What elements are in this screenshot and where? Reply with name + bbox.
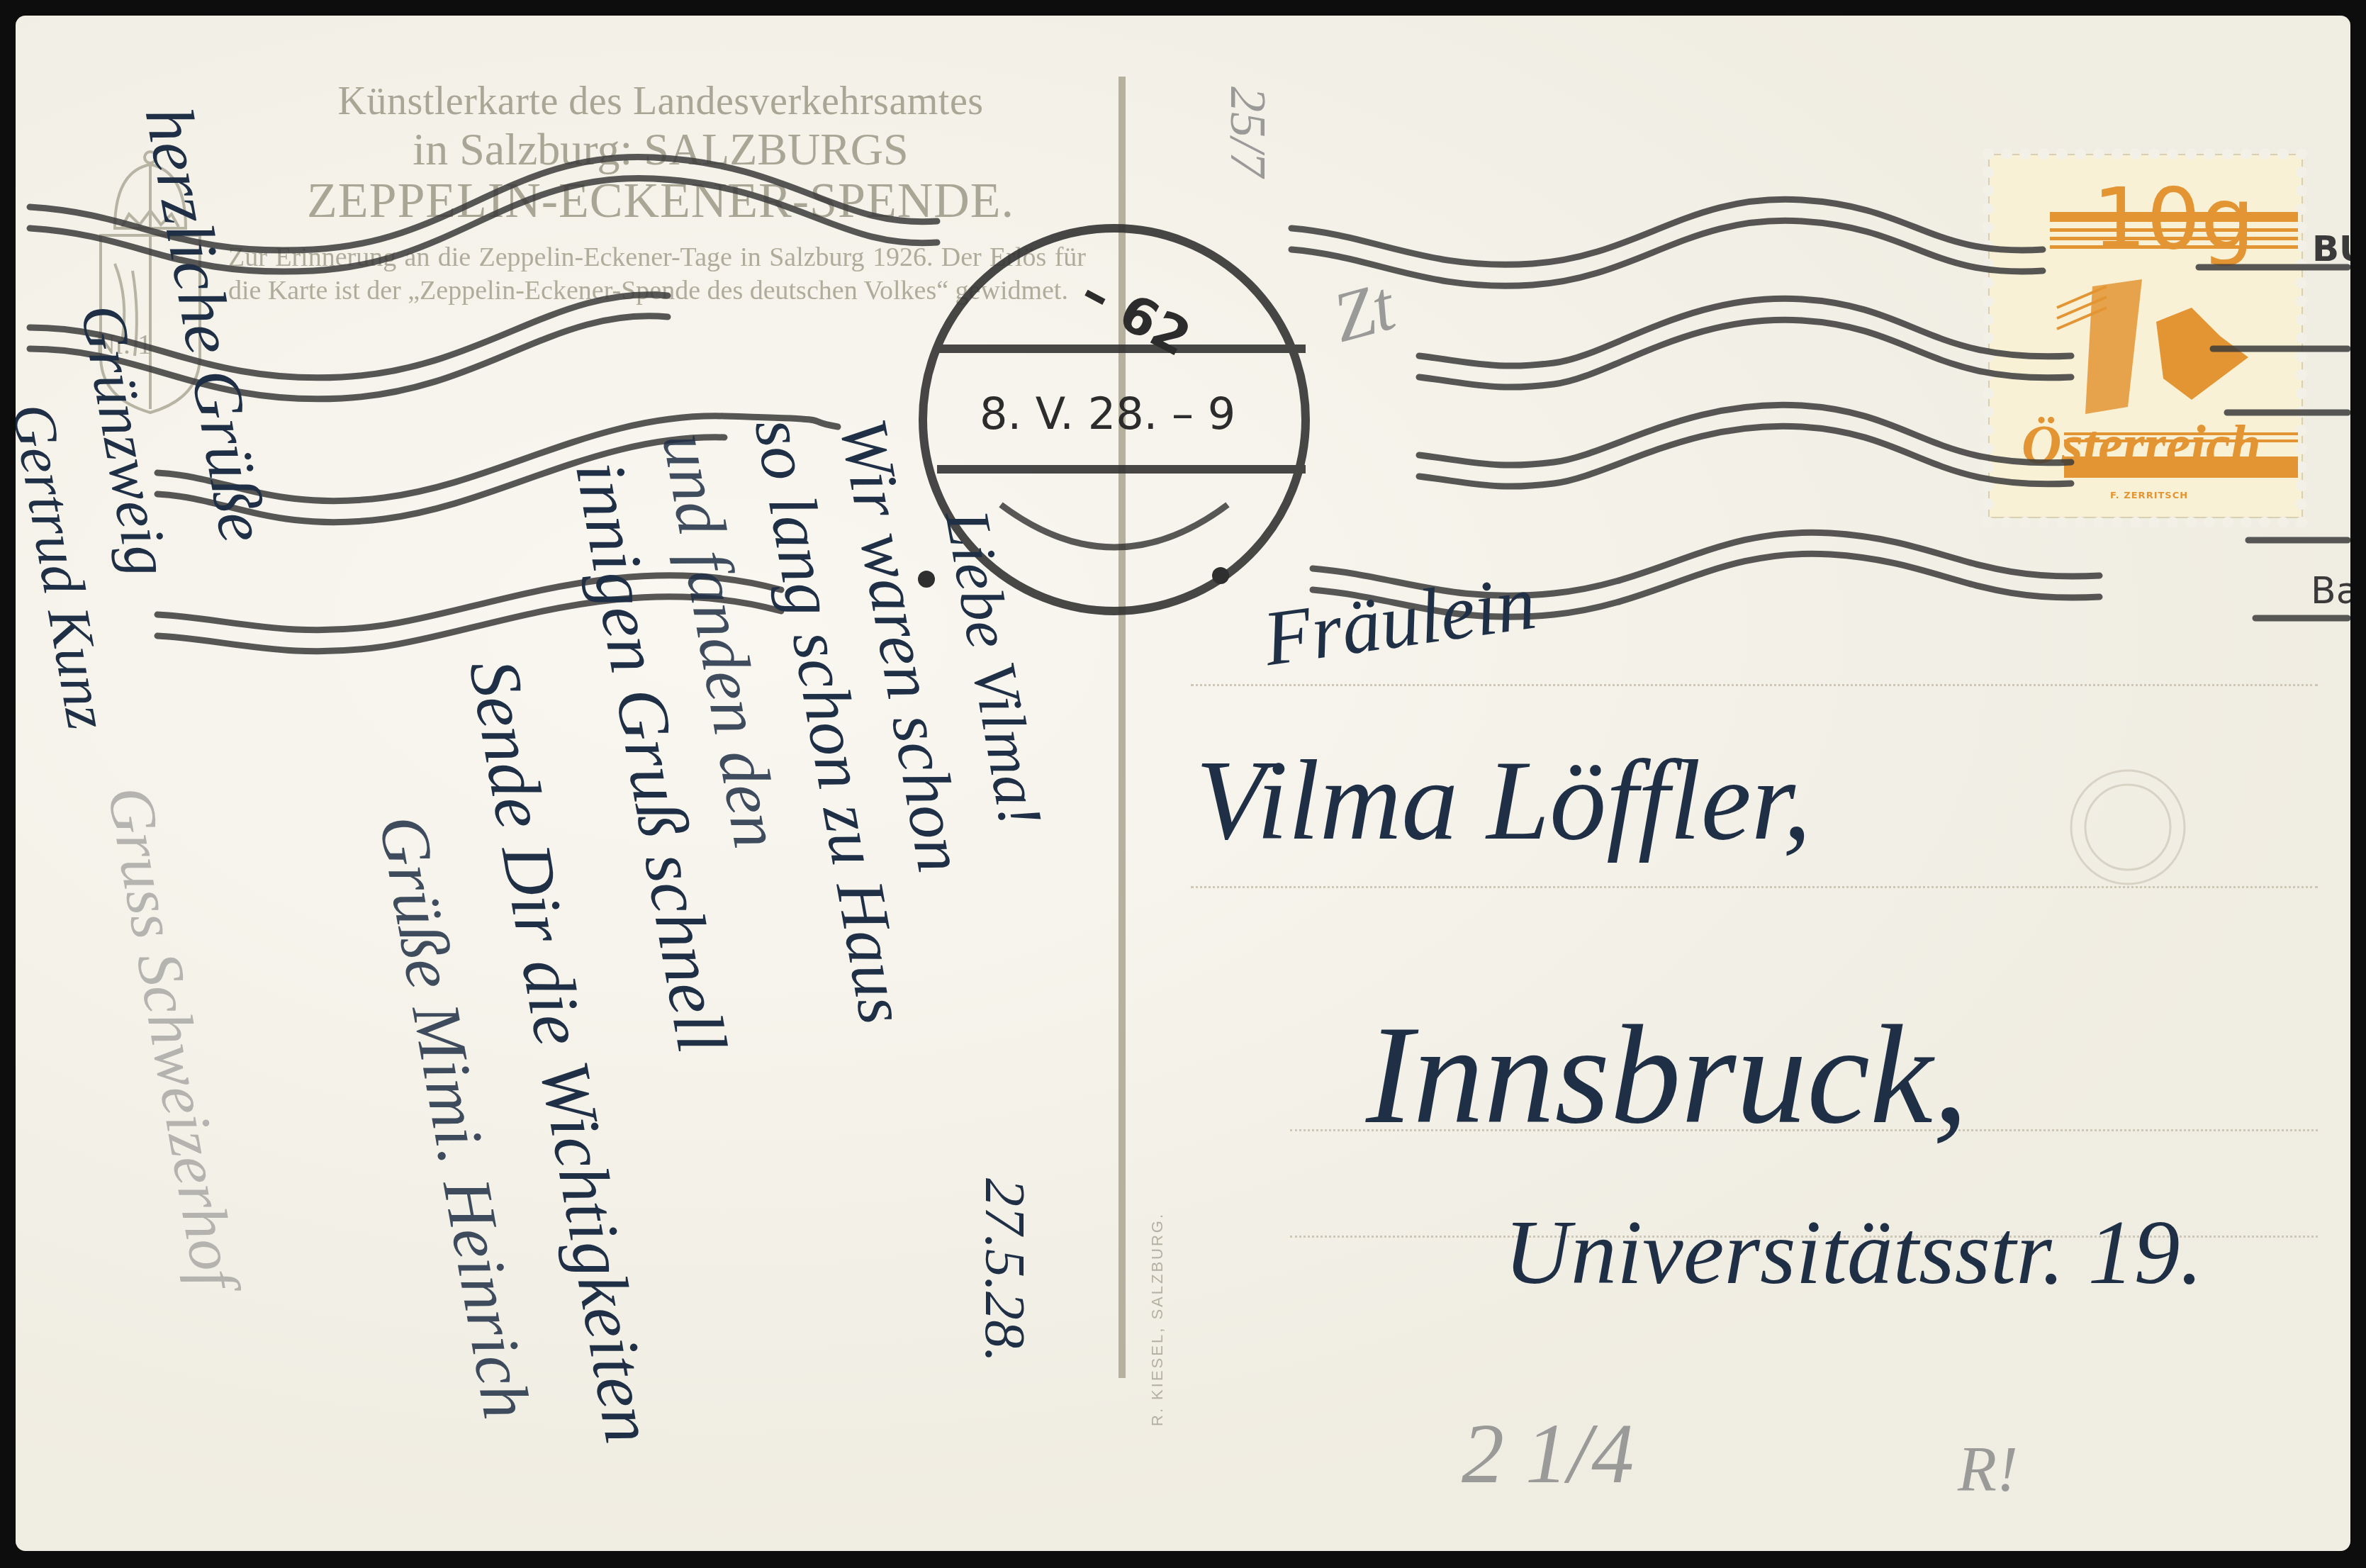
cancellation-marks — [16, 16, 2350, 1551]
address-name: Vilma Löffler, — [1196, 735, 1811, 866]
postcard: Künstlerkarte des Landesverkehrsamtes in… — [16, 16, 2350, 1551]
postmark-date: 8. V. 28. – 9 — [980, 388, 1235, 439]
pencil-note-mark: R! — [1958, 1433, 2018, 1506]
pencil-note-date: 25/7 — [1218, 86, 1277, 177]
address-city: Innsbruck, — [1366, 994, 1968, 1156]
address-street: Universitätsstr. 19. — [1504, 1199, 2203, 1306]
pencil-note-number: 2 1/4 — [1462, 1405, 1634, 1503]
message-date: 27.5.28. — [972, 1178, 1036, 1362]
